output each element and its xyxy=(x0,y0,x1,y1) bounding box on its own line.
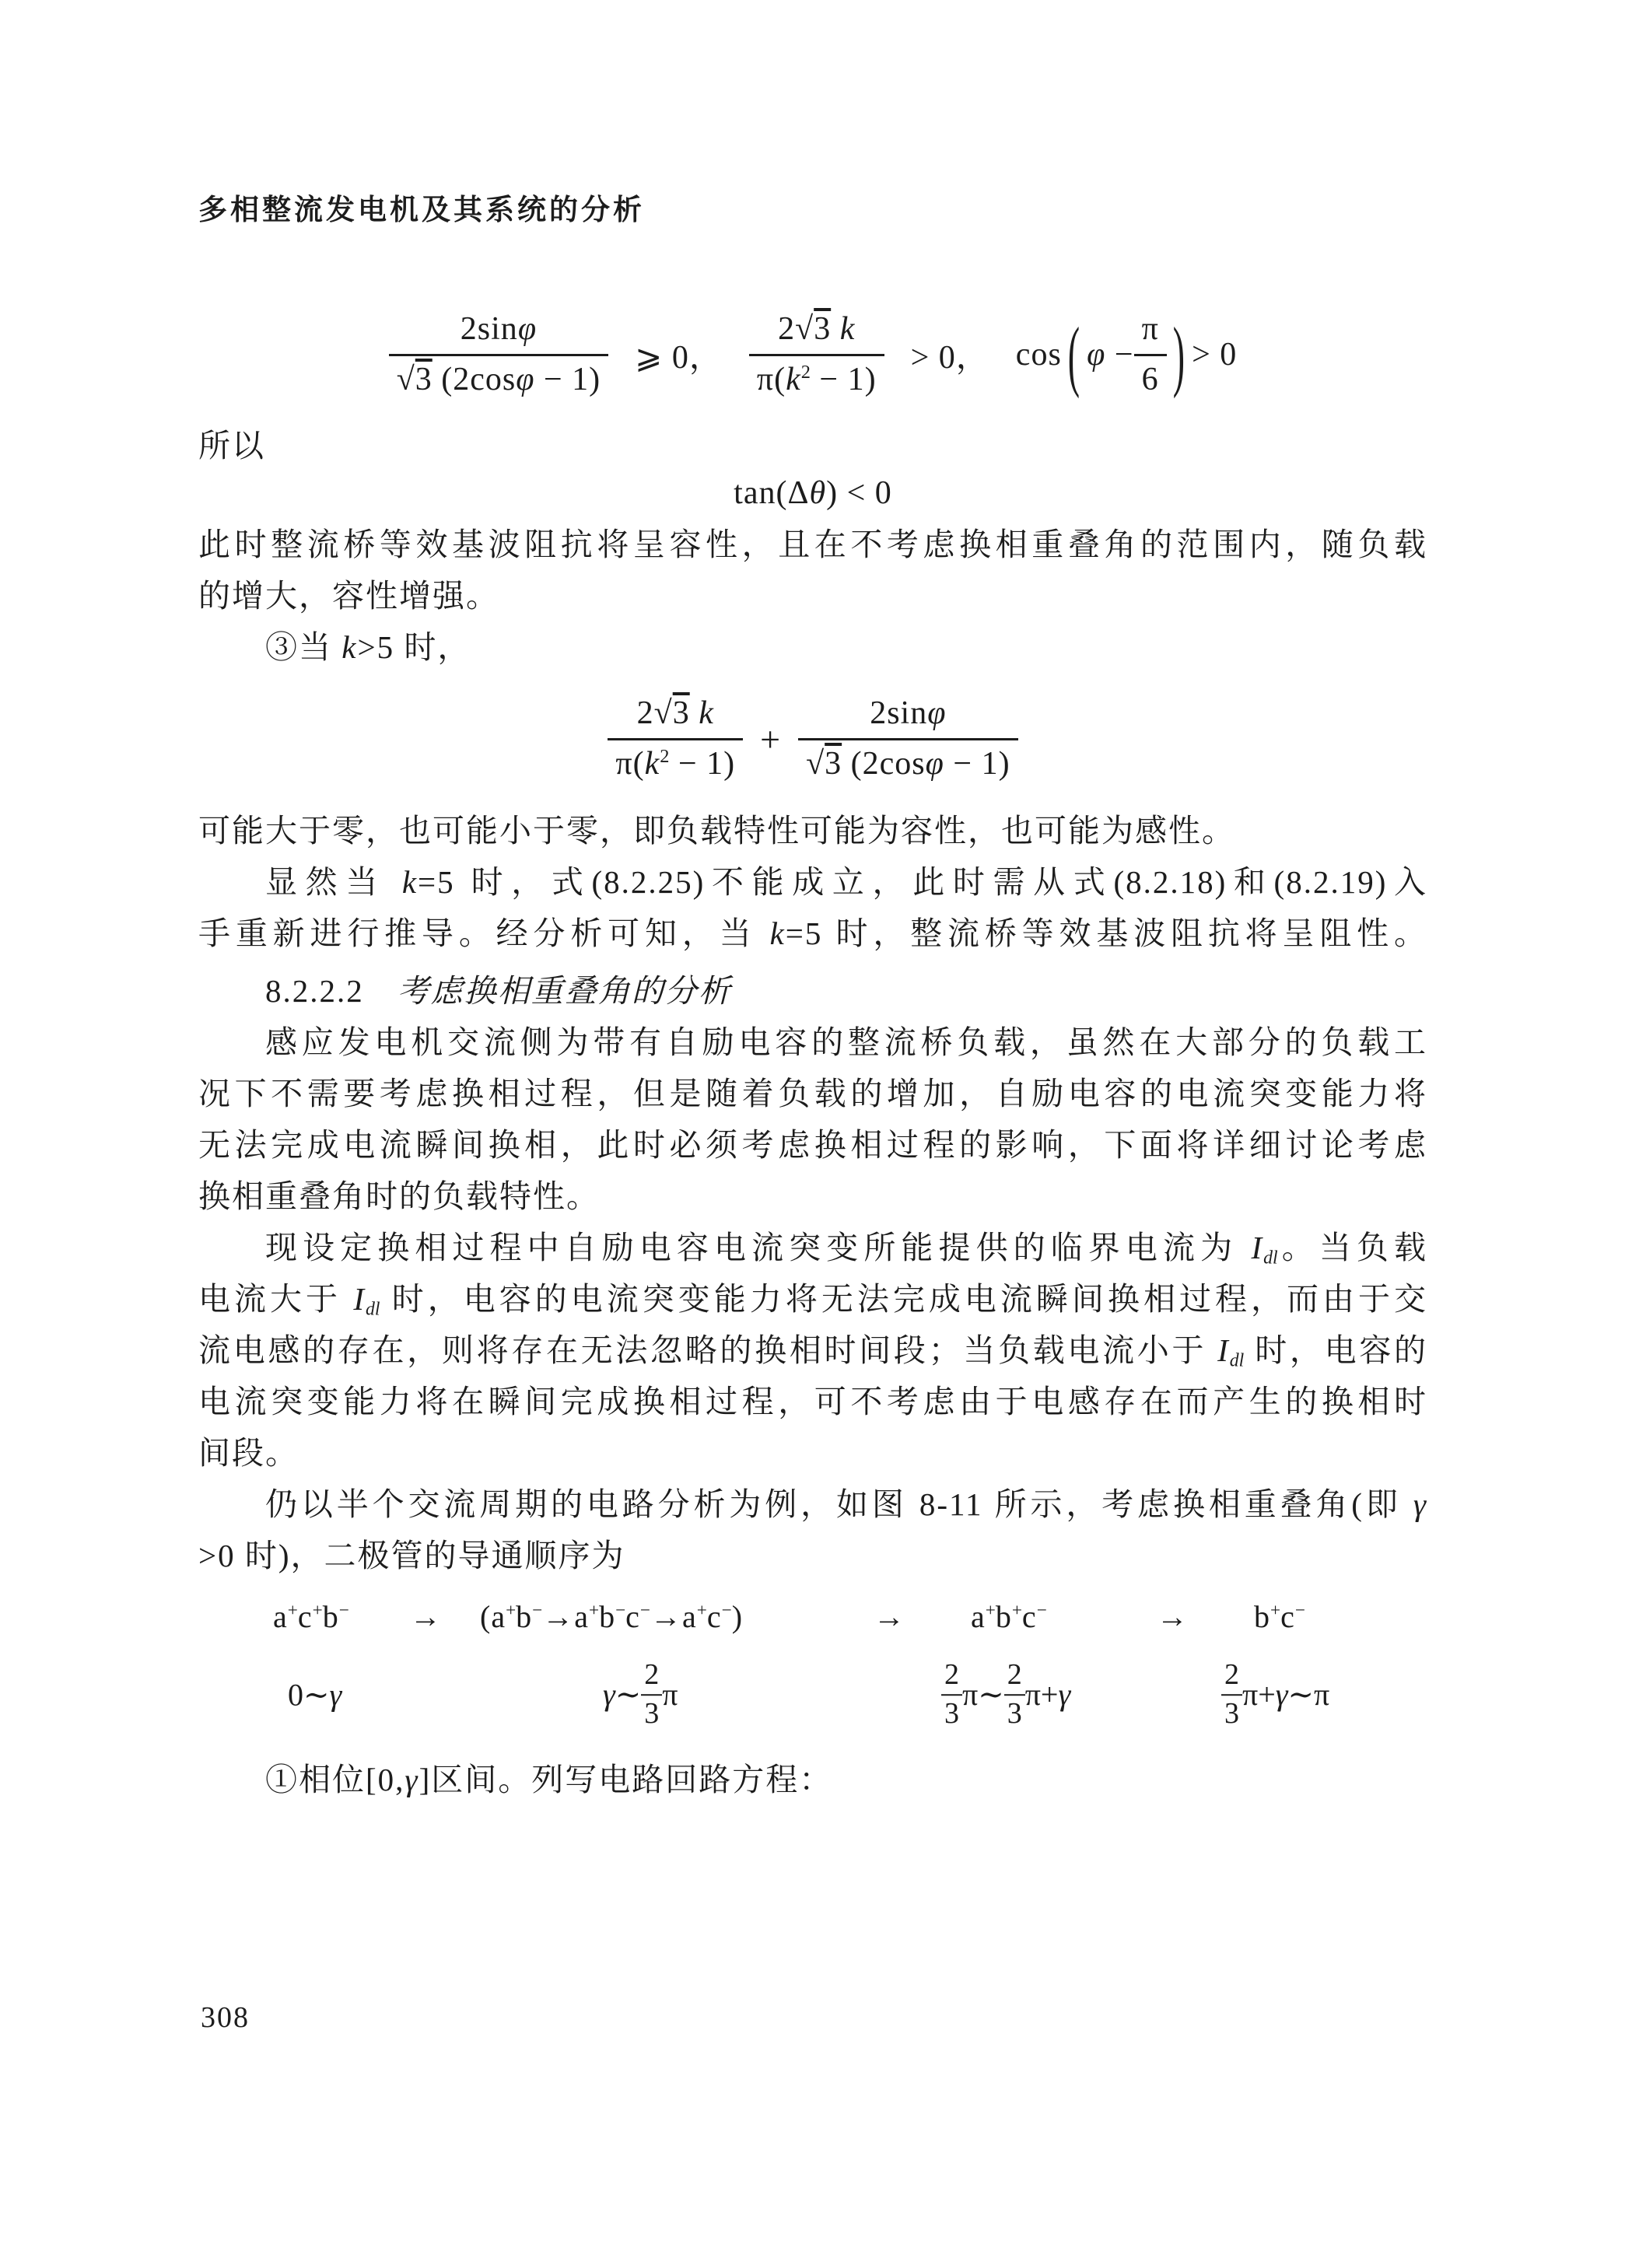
equation-tan: tan(Δθ) < 0 xyxy=(198,467,1427,519)
relation-geq-zero: ⩾ 0， xyxy=(635,331,723,378)
sequence-state-3: a+b+c− xyxy=(971,1598,1047,1635)
fraction-2-3: 2 3 xyxy=(941,1659,962,1731)
text-column: 多相整流发电机及其系统的分析 2sinφ √3 (2cosφ − 1) ⩾ 0，… xyxy=(198,184,1427,1805)
text-line: 况下不需要考虑换相过程，但是随着负载的增加，自励电容的电流突变能力将 xyxy=(198,1068,1427,1119)
range-2: γ∼ 2 3 π xyxy=(603,1659,678,1731)
right-paren: ) xyxy=(1173,310,1185,401)
text-line: 电流突变能力将在瞬间完成换相过程，可不考虑由于电感存在而产生的换相时 xyxy=(198,1376,1427,1427)
fraction-2sqrt3k: 2√3 k π(k2 − 1) xyxy=(749,310,884,399)
left-paren: ( xyxy=(1068,310,1080,401)
fraction-2-3: 2 3 xyxy=(1004,1659,1025,1731)
range-1: 0∼γ xyxy=(288,1677,341,1713)
arrow-icon: → xyxy=(1157,1598,1189,1635)
relation-gt-zero: > 0， xyxy=(911,331,989,378)
formula-inequalities: 2sinφ √3 (2cosφ − 1) ⩾ 0， 2√3 k π(k2 − 1… xyxy=(198,285,1427,424)
text-line: ③当 k>5 时， xyxy=(198,621,1427,673)
text-line: 的增大，容性增强。 xyxy=(198,570,1427,621)
fraction-2sinphi: 2sinφ √3 (2cosφ − 1) xyxy=(389,310,608,399)
fraction-2-3: 2 3 xyxy=(1221,1659,1242,1731)
diode-sequence-row: a+c+b− → (a+b−→a+b−c−→a+c−) → a+b+c− → b… xyxy=(198,1598,1427,1643)
arrow-icon: → xyxy=(410,1598,442,1635)
phase-ranges-row: 0∼γ γ∼ 2 3 π 2 3 π∼ 2 3 π+γ xyxy=(198,1643,1427,1746)
formula-sum: 2√3 k π(k2 − 1) + 2sinφ √3 (2cosφ − 1) xyxy=(198,673,1427,805)
text-line: 所以 xyxy=(198,424,1427,467)
fraction-2sinphi: 2sinφ √3 (2cosφ − 1) xyxy=(798,694,1017,783)
text-line: 无法完成电流瞬间换相，此时必须考虑换相过程的影响，下面将详细讨论考虑 xyxy=(198,1119,1427,1171)
plus-sign: + xyxy=(760,719,781,760)
range-3: 2 3 π∼ 2 3 π+γ xyxy=(941,1659,1070,1731)
text-line: 现设定换相过程中自励电容电流突变所能提供的临界电流为 Idl。当负载 xyxy=(198,1222,1427,1273)
text-line: 此时整流桥等效基波阻抗将呈容性，且在不考虑换相重叠角的范围内，随负载 xyxy=(198,519,1427,570)
text-line: 可能大于零，也可能小于零，即负载特性可能为容性，也可能为感性。 xyxy=(198,805,1427,856)
text-line: 间段。 xyxy=(198,1427,1427,1479)
arrow-icon: → xyxy=(874,1598,905,1635)
text-line: 显然当 k=5 时，式(8.2.25)不能成立，此时需从式(8.2.18)和(8… xyxy=(198,856,1427,908)
section-heading: 8.2.2.2 考虑换相重叠角的分析 xyxy=(198,965,1427,1017)
document-page: 多相整流发电机及其系统的分析 2sinφ √3 (2cosφ − 1) ⩾ 0，… xyxy=(0,0,1625,2268)
cos-term: cos ( φ − π 6 ) > 0 xyxy=(1016,310,1238,399)
text-line: 电流大于 Idl 时，电容的电流突变能力将无法完成电流瞬间换相过程，而由于交 xyxy=(198,1273,1427,1325)
text-line: 感应发电机交流侧为带有自励电容的整流桥负载，虽然在大部分的负载工 xyxy=(198,1017,1427,1068)
running-header: 多相整流发电机及其系统的分析 xyxy=(198,184,1427,236)
text-line: 仍以半个交流周期的电路分析为例，如图 8-11 所示，考虑换相重叠角(即 γ xyxy=(198,1479,1427,1530)
sequence-state-4: b+c− xyxy=(1254,1598,1305,1635)
text-line: ①相位[0,γ]区间。列写电路回路方程： xyxy=(198,1754,1427,1805)
text-line: 手重新进行推导。经分析可知，当 k=5 时，整流桥等效基波阻抗将呈阻性。 xyxy=(198,908,1427,959)
page-number: 308 xyxy=(201,2000,250,2035)
fraction-2sqrt3k: 2√3 k π(k2 − 1) xyxy=(608,694,743,783)
fraction-pi-6: π 6 xyxy=(1134,310,1167,399)
sequence-state-1: a+c+b− xyxy=(273,1598,349,1635)
range-4: 2 3 π+γ∼π xyxy=(1221,1659,1329,1731)
text-line: 流电感的存在，则将存在无法忽略的换相时间段；当负载电流小于 Idl 时，电容的 xyxy=(198,1325,1427,1376)
fraction-2-3: 2 3 xyxy=(641,1659,662,1731)
text-line: 换相重叠角时的负载特性。 xyxy=(198,1171,1427,1222)
sequence-state-2: (a+b−→a+b−c−→a+c−) xyxy=(480,1598,743,1635)
text-line: >0 时)，二极管的导通顺序为 xyxy=(198,1530,1427,1581)
